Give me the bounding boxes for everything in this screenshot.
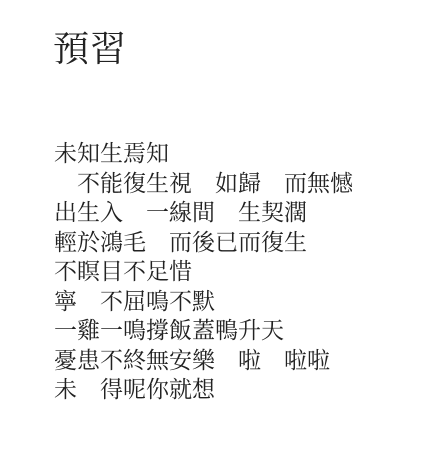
poem-line: 未 得呢你就想 <box>54 376 353 406</box>
poem-line: 憂患不終無安樂 啦 啦啦 <box>54 347 353 377</box>
poem-line: 不能復生視 如歸 而無憾 <box>54 170 353 200</box>
poem-line: 未知生焉知 <box>54 140 353 170</box>
poem-body: 未知生焉知 不能復生視 如歸 而無憾 出生入 一線間 生契濶 輕於鴻毛 而後已而… <box>54 140 353 406</box>
page-title: 預習 <box>53 28 127 72</box>
poem-line: 輕於鴻毛 而後已而復生 <box>54 229 353 259</box>
poem-line: 寧 不屈鳴不默 <box>54 288 353 318</box>
poem-line: 不瞑目不足惜 <box>54 258 353 288</box>
poem-line: 出生入 一線間 生契濶 <box>54 199 353 229</box>
poem-line: 一雞一鳴撐飯蓋鴨升天 <box>54 317 353 347</box>
